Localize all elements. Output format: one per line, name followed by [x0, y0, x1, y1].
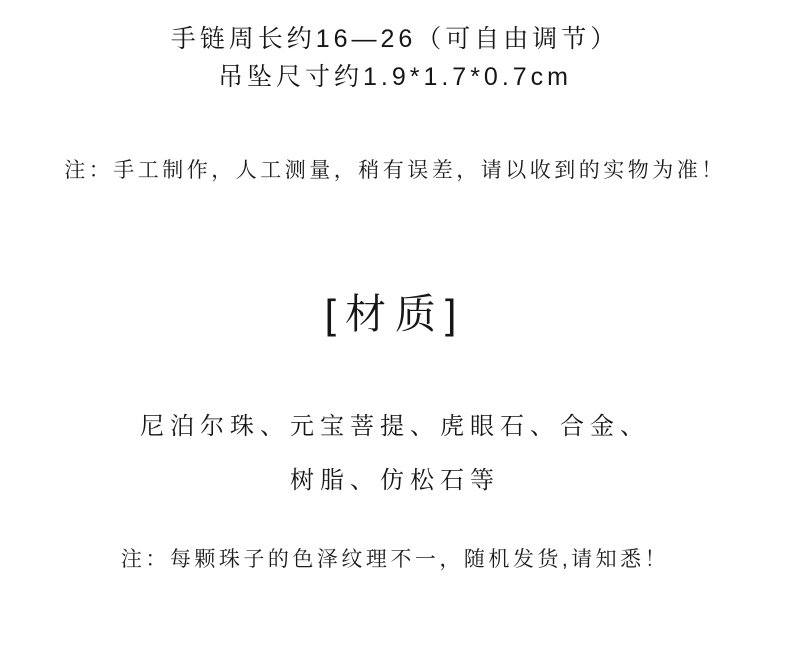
bead-variation-note: 注：每颗珠子的色泽纹理不一，随机发货,请知悉！: [0, 543, 790, 573]
material-section-heading: [材质]: [0, 281, 790, 340]
handmade-measurement-note: 注：手工制作，人工测量，稍有误差，请以收到的实物为准！: [0, 154, 790, 184]
material-list-line-2: 树脂、仿松石等: [0, 460, 790, 495]
product-description-page: 手链周长约16—26（可自由调节） 吊坠尺寸约1.9*1.7*0.7cm 注：手…: [0, 0, 790, 657]
pendant-size-text: 吊坠尺寸约1.9*1.7*0.7cm: [0, 57, 790, 93]
bracelet-circumference-text: 手链周长约16—26（可自由调节）: [0, 19, 790, 55]
material-list-line-1: 尼泊尔珠、元宝菩提、虎眼石、合金、: [0, 406, 790, 441]
